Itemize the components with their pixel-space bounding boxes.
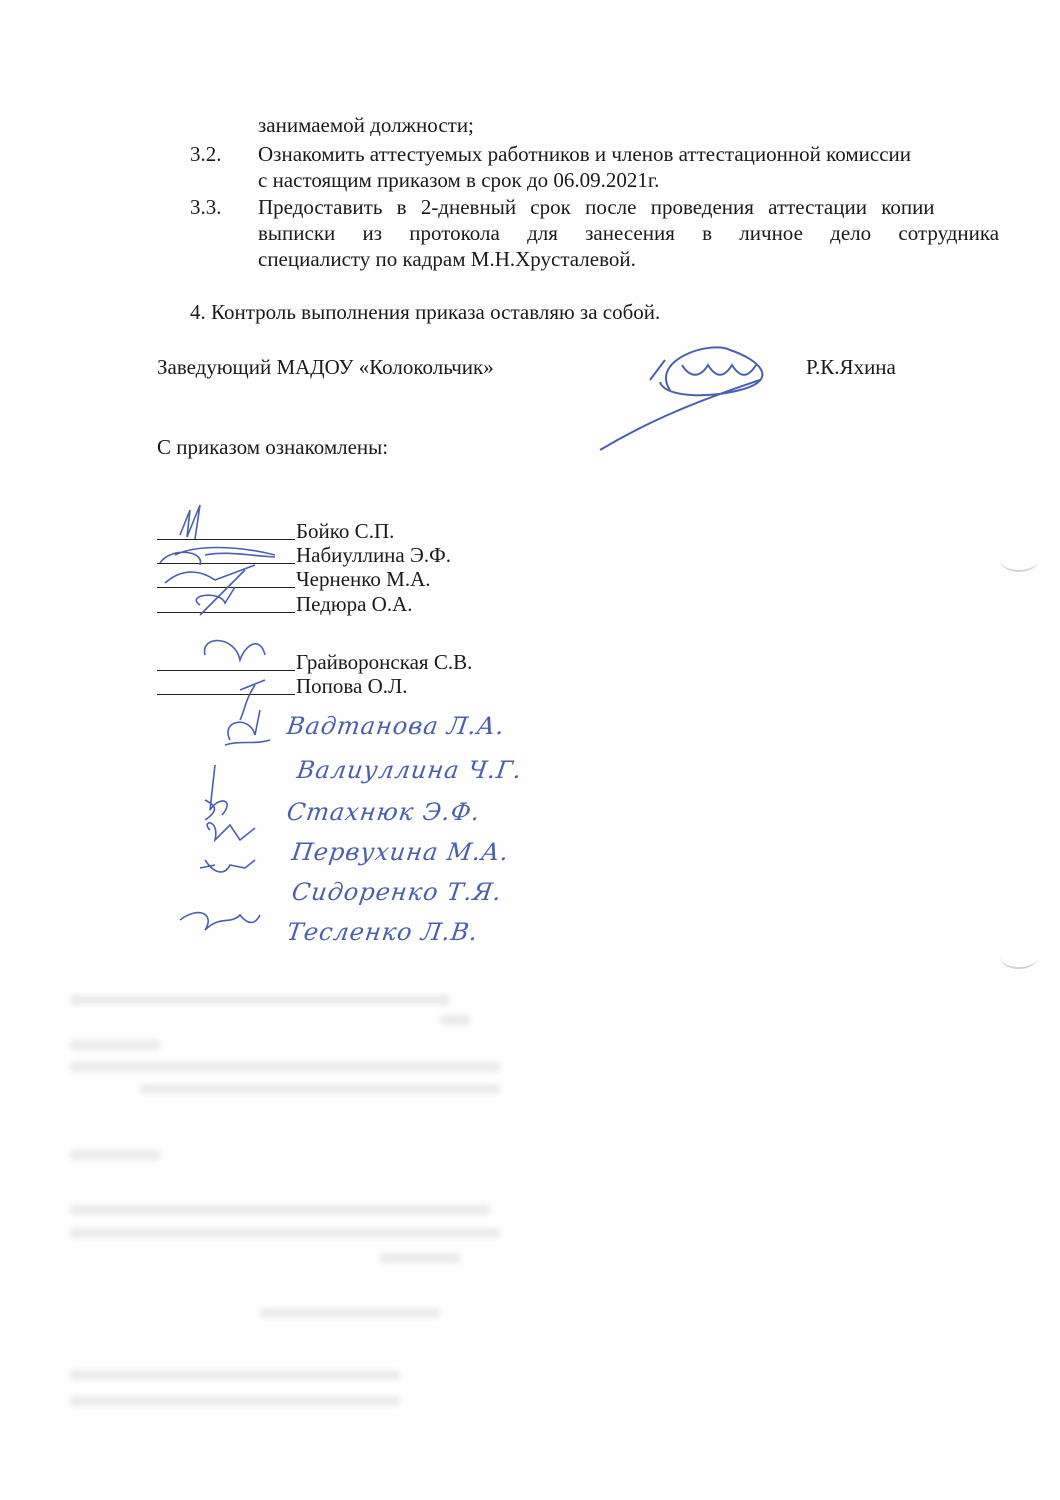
handwritten-name-5: Сидоренко Т.Я.	[290, 878, 504, 906]
ack-name-4: Педюра О.А.	[296, 591, 412, 617]
hole-punch-mark	[1000, 945, 1038, 969]
acknowledged-label: С приказом ознакомлены:	[157, 434, 388, 460]
handwritten-name-2: Валиуллина Ч.Г.	[295, 756, 524, 784]
handwritten-name-4: Первухина М.А.	[290, 838, 511, 866]
ack-name-2: Набиуллина Э.Ф.	[296, 542, 451, 568]
director-signature	[590, 320, 800, 460]
ack-name-6: Попова О.Л.	[296, 673, 408, 699]
acknowledgment-signatures	[145, 495, 305, 725]
bleed-through-text	[70, 1150, 160, 1160]
item-3-3-line3: специалисту по кадрам М.Н.Хрусталевой.	[258, 246, 636, 272]
item-3-3-number: 3.3.	[190, 194, 222, 220]
handwritten-name-6: Тесленко Л.В.	[285, 918, 480, 946]
bleed-through-text	[140, 1084, 500, 1094]
bleed-through-text	[70, 1040, 160, 1050]
bleed-through-text	[70, 995, 450, 1005]
document-page: занимаемой должности; 3.2. Ознакомить ат…	[0, 0, 1060, 1500]
ack-name-3: Черненко М.А.	[296, 566, 431, 592]
bleed-through-text	[70, 1062, 500, 1072]
item-3-1-tail: занимаемой должности;	[258, 112, 474, 138]
item-3-2-line1: Ознакомить аттестуемых работников и член…	[258, 141, 911, 167]
handwritten-initial-signatures	[160, 700, 290, 960]
bleed-through-text	[70, 1370, 400, 1380]
bleed-through-text	[70, 1205, 490, 1215]
director-position: Заведующий МАДОУ «Колокольчик»	[157, 354, 494, 380]
bleed-through-text	[70, 1228, 500, 1238]
bleed-through-text	[70, 1396, 400, 1406]
item-3-2-line2: с настоящим приказом в срок до 06.09.202…	[258, 167, 659, 193]
item-3-3-line2: выписки из протокола для занесения в лич…	[258, 220, 999, 246]
bleed-through-text	[380, 1253, 460, 1263]
item-3-2-number: 3.2.	[190, 141, 222, 167]
bleed-through-text	[440, 1015, 470, 1025]
handwritten-name-3: Стахнюк Э.Ф.	[285, 798, 482, 826]
director-name: Р.К.Яхина	[806, 354, 896, 380]
handwritten-name-1: Вадтанова Л.А.	[285, 712, 507, 740]
item-3-3-line1: Предоставить в 2-дневный срок после пров…	[258, 194, 935, 220]
bleed-through-text	[260, 1308, 440, 1318]
ack-name-5: Грайворонская С.В.	[296, 649, 472, 675]
ack-name-1: Бойко С.П.	[296, 518, 394, 544]
hole-punch-mark	[1000, 548, 1038, 572]
